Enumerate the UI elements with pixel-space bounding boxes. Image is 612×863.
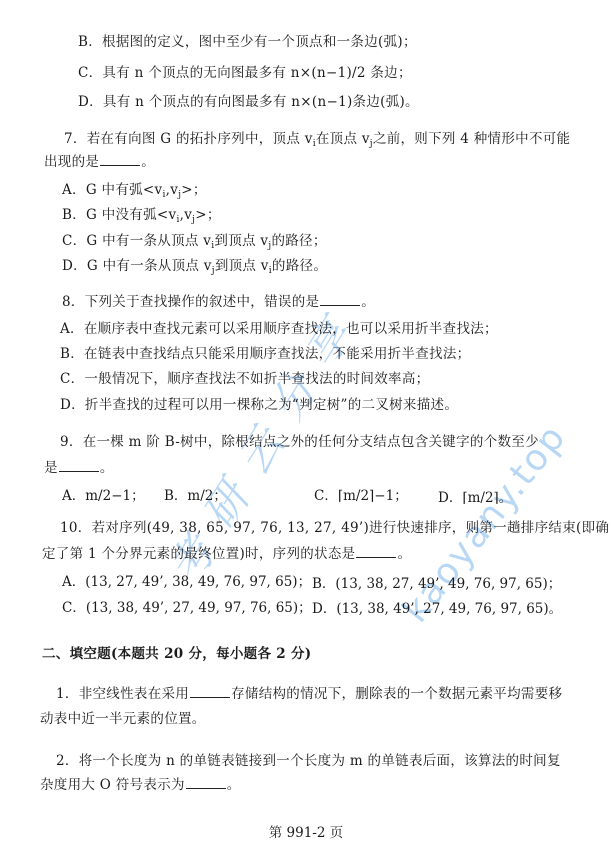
q9-stem-line1: 9．在一棵 m 阶 B-树中，除根结点之外的任何分支结点包含关键字的个数至少 bbox=[60, 433, 539, 451]
q7-option-a: A．G 中有弧<vi,vj>； bbox=[62, 181, 207, 199]
q7-option-b: B．G 中没有弧<vi,vj>； bbox=[62, 206, 221, 224]
q10-stem-line1: 10．若对序列(49, 38, 65, 97, 76, 13, 27, 49’)… bbox=[60, 519, 609, 537]
answer-blank bbox=[356, 545, 396, 558]
q8-option-b: B．在链表中查找结点只能采用顺序查找法，不能采用折半查找法； bbox=[60, 345, 470, 363]
q9-option-c: C．⌈m/2⌉−1； bbox=[314, 487, 408, 505]
answer-blank bbox=[100, 153, 140, 166]
answer-blank bbox=[320, 293, 360, 306]
fill2-line2: 杂度用大 O 符号表示为。 bbox=[40, 776, 241, 794]
q9-option-d: D．⌈m/2⌉。 bbox=[438, 489, 512, 507]
fill1-line1: 1．非空线性表在采用存储结构的情况下，删除表的一个数据元素平均需要移 bbox=[56, 685, 562, 703]
fill1-line2: 动表中近一半元素的位置。 bbox=[40, 710, 206, 728]
q10-option-a: A．(13, 27, 49’, 38, 49, 76, 97, 65)； bbox=[62, 573, 311, 591]
q9-option-b: B．m/2； bbox=[164, 487, 227, 505]
q9-stem-line2: 是。 bbox=[44, 459, 114, 477]
q10-stem-line2: 定了第 1 个分界元素的最终位置)时，序列的状态是。 bbox=[42, 545, 411, 563]
q8-option-c: C．一般情况下，顺序查找法不如折半查找法的时间效率高； bbox=[60, 370, 429, 388]
q10-option-c: C．(13, 38, 49’, 27, 49, 97, 76, 65)； bbox=[62, 599, 312, 617]
q10-option-b: B．(13, 38, 27, 49’, 49, 76, 97, 65)； bbox=[312, 575, 561, 593]
q7-stem-line2: 出现的是。 bbox=[44, 153, 155, 171]
answer-blank bbox=[59, 459, 99, 472]
answer-blank bbox=[186, 776, 226, 789]
q6-option-b: B．根据图的定义，图中至少有一个顶点和一条边(弧)； bbox=[78, 33, 417, 51]
fill2-line1: 2．将一个长度为 n 的单链表链接到一个长度为 m 的单链表后面，该算法的时间复 bbox=[56, 752, 561, 770]
q6-option-c: C．具有 n 个顶点的无向图最多有 n×(n−1)/2 条边； bbox=[78, 64, 412, 82]
q8-stem: 8．下列关于查找操作的叙述中，错误的是。 bbox=[62, 293, 375, 311]
q7-stem-line1: 7．若在有向图 G 的拓扑序列中，顶点 vi在顶点 vj之前，则下列 4 种情形… bbox=[64, 130, 570, 148]
answer-blank bbox=[190, 685, 230, 698]
q7-option-d: D．G 中有一条从顶点 vj到顶点 vi的路径。 bbox=[62, 257, 327, 275]
q9-option-a: A．m/2−1； bbox=[62, 487, 145, 505]
q7-option-c: C．G 中有一条从顶点 vi到顶点 vj的路径； bbox=[62, 232, 327, 250]
q8-option-d: D．折半查找的过程可以用一棵称之为“判定树”的二叉树来描述。 bbox=[60, 396, 458, 414]
section-heading: 二、填空题(本题共 20 分，每小题各 2 分) bbox=[42, 645, 311, 663]
page-footer: 第 991-2 页 bbox=[0, 821, 612, 841]
q6-option-d: D．具有 n 个顶点的有向图最多有 n×(n−1)条边(弧)。 bbox=[78, 93, 419, 111]
q8-option-a: A．在顺序表中查找元素可以采用顺序查找法，也可以采用折半查找法； bbox=[60, 320, 498, 338]
q10-option-d: D．(13, 38, 49’, 27, 49, 76, 97, 65)。 bbox=[312, 600, 562, 618]
